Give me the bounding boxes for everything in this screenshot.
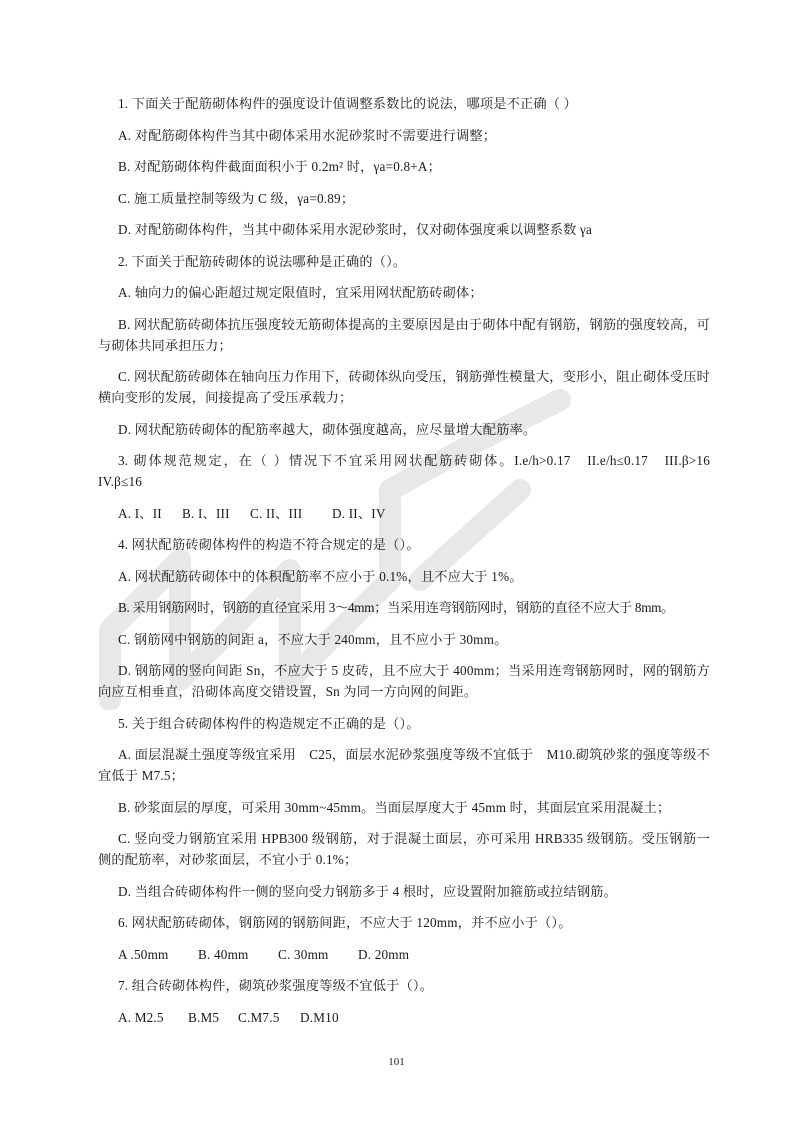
question-7-option-b: B.M5 (188, 1007, 238, 1028)
question-5-stem: 5. 关于组合砖砌体构件的构造规定不正确的是（）。 (118, 713, 710, 734)
question-6-option-a: A .50mm (118, 944, 198, 965)
question-7-stem: 7. 组合砖砌体构件，砌筑砂浆强度等级不宜低于（）。 (118, 975, 710, 996)
question-3-stem: 3. 砌体规范规定，在（ ）情况下不宜采用网状配筋砖砌体。I.e/h>0.17 … (98, 450, 710, 492)
question-6-stem: 6. 网状配筋砖砌体，钢筋网的钢筋间距，不应大于 120mm，并不应小于（）。 (118, 912, 710, 933)
document-page: 1. 下面关于配筋砌体构件的强度设计值调整系数比的说法，哪项是不正确（ ） A.… (0, 0, 793, 1122)
question-3-options: A. I、IIB. I、IIIC. II、IIID. II、IV (118, 503, 710, 524)
question-5-option-b: B. 砂浆面层的厚度，可采用 30mm~45mm。当面层厚度大于 45mm 时，… (118, 797, 710, 818)
question-list: 1. 下面关于配筋砌体构件的强度设计值调整系数比的说法，哪项是不正确（ ） A.… (118, 93, 710, 1038)
question-2-option-d: D. 网状配筋砖砌体的配筋率越大，砌体强度越高，应尽量增大配筋率。 (118, 419, 710, 440)
question-6-options: A .50mmB. 40mmC. 30mmD. 20mm (118, 944, 710, 965)
question-1-option-c: C. 施工质量控制等级为 C 级，γa=0.89； (118, 188, 710, 209)
question-5-option-c: C. 竖向受力钢筋宜采用 HPB300 级钢筋，对于混凝土面层，亦可采用 HRB… (98, 828, 710, 870)
question-6-option-b: B. 40mm (198, 944, 278, 965)
page-number: 101 (0, 1056, 793, 1068)
question-1-option-b: B. 对配筋砌体构件截面面积小于 0.2m² 时，γa=0.8+A； (118, 156, 710, 177)
question-3-option-a: A. I、II (118, 503, 182, 524)
question-3-option-c: C. II、III (250, 503, 332, 524)
question-4-stem: 4. 网状配筋砖砌体构件的构造不符合规定的是（）。 (118, 534, 710, 555)
question-2-option-b: B. 网状配筋砖砌体抗压强度较无筋砌体提高的主要原因是由于砌体中配有钢筋，钢筋的… (98, 314, 710, 356)
question-7-options: A. M2.5B.M5C.M7.5D.M10 (118, 1007, 710, 1028)
question-4-option-a: A. 网状配筋砖砌体中的体积配筋率不应小于 0.1%，且不应大于 1%。 (118, 566, 710, 587)
question-1-option-d: D. 对配筋砌体构件，当其中砌体采用水泥砂浆时，仅对砌体强度乘以调整系数 γa (118, 219, 710, 240)
question-2-stem: 2. 下面关于配筋砖砌体的说法哪种是正确的（）。 (118, 251, 710, 272)
question-6-option-c: C. 30mm (278, 944, 358, 965)
question-2-option-a: A. 轴向力的偏心距超过规定限值时，宜采用网状配筋砖砌体； (118, 282, 710, 303)
question-2-option-c: C. 网状配筋砖砌体在轴向压力作用下，砖砌体纵向受压，钢筋弹性模量大，变形小，阻… (98, 366, 710, 408)
question-4-option-c: C. 钢筋网中钢筋的间距 a，不应大于 240mm，且不应小于 30mm。 (118, 629, 710, 650)
question-5-option-d: D. 当组合砖砌体构件一侧的竖向受力钢筋多于 4 根时，应设置附加箍筋或拉结钢筋… (118, 881, 710, 902)
question-1-option-a: A. 对配筋砌体构件当其中砌体采用水泥砂浆时不需要进行调整； (118, 125, 710, 146)
question-7-option-a: A. M2.5 (118, 1007, 188, 1028)
question-5-option-a: A. 面层混凝土强度等级宜采用 C25，面层水泥砂浆强度等级不宜低于 M10.砌… (98, 744, 710, 786)
question-7-option-c: C.M7.5 (238, 1007, 300, 1028)
question-3-option-b: B. I、III (182, 503, 250, 524)
question-3-option-d: D. II、IV (332, 503, 386, 524)
question-4-option-b: B. 采用钢筋网时，钢筋的直径宜采用 3～4mm；当采用连弯钢筋网时，钢筋的直径… (118, 597, 710, 618)
question-6-option-d: D. 20mm (358, 944, 409, 965)
question-1-stem: 1. 下面关于配筋砌体构件的强度设计值调整系数比的说法，哪项是不正确（ ） (118, 93, 710, 114)
question-4-option-d: D. 钢筋网的竖向间距 Sn，不应大于 5 皮砖，且不应大于 400mm；当采用… (98, 660, 710, 702)
question-7-option-d: D.M10 (300, 1007, 339, 1028)
